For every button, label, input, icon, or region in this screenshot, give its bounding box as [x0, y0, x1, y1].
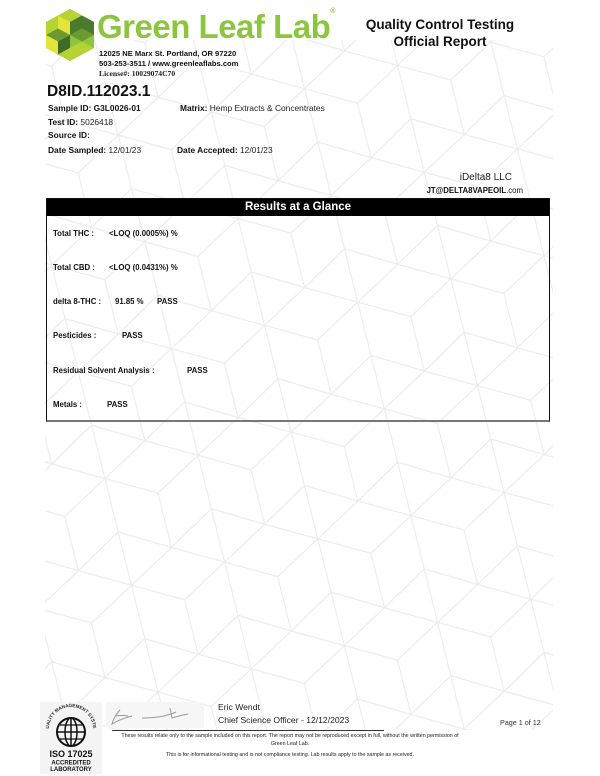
status-badge: PASS [157, 297, 178, 306]
result-row-total-thc: Total THC : <LOQ (0.0005%) % [53, 229, 94, 238]
signer: Eric Wendt Chief Science Officer - 12/12… [218, 701, 349, 727]
result-row-metals: Metals : PASS [53, 400, 82, 409]
results-heading: Results at a Glance [47, 199, 549, 216]
result-row-total-cbd: Total CBD : <LOQ (0.0431%) % [53, 263, 95, 272]
status-badge: PASS [187, 366, 208, 375]
test-id: Test ID: 5026418 [48, 117, 113, 127]
signer-title: Chief Science Officer - 12/12/2023 [218, 714, 349, 727]
iso-17025-accredited-badge-icon: QUALITY MANAGEMENT SYSTEM ISO 17025 ACCR… [40, 702, 102, 774]
signature-scribble-icon [106, 702, 204, 728]
compliance-notice: This is for informational testing and is… [120, 752, 460, 758]
report-title: Quality Control Testing Official Report [340, 16, 540, 50]
brand-name: Green Leaf Lab® [97, 8, 335, 46]
signature-line [112, 730, 384, 731]
result-row-delta8-thc: delta 8-THC : 91.85 % PASS [53, 297, 101, 306]
svg-text:ACCREDITED: ACCREDITED [51, 761, 91, 767]
status-badge: PASS [107, 400, 128, 409]
result-row-residual-solvents: Residual Solvent Analysis : PASS [53, 366, 155, 375]
client-name: iDelta8 LLC [400, 172, 512, 183]
results-at-a-glance: Results at a Glance Total THC : <LOQ (0.… [46, 198, 550, 422]
svg-text:LABORATORY: LABORATORY [50, 767, 92, 773]
document-id: D8ID.112023.1 [47, 83, 150, 101]
result-row-pesticides: Pesticides : PASS [53, 331, 96, 340]
date-accepted: Date Accepted: 12/01/23 [177, 145, 273, 155]
date-sampled: Date Sampled: 12/01/23 [48, 145, 141, 155]
lab-license: License#: 10029074C70 [99, 69, 175, 78]
signature [106, 702, 204, 728]
signer-name: Eric Wendt [218, 701, 349, 714]
lab-address: 12025 NE Marx St. Portland, OR 97220 [99, 49, 236, 58]
page-number: Page 1 of 12 [500, 718, 541, 727]
svg-text:ISO 17025: ISO 17025 [49, 749, 92, 759]
source-id: Source ID: [48, 130, 90, 140]
matrix: Matrix: Hemp Extracts & Concentrates [180, 103, 325, 113]
disclaimer: These results relate only to the sample … [120, 733, 460, 748]
lab-contact: 503-253-3511 / www.greenleaflabs.com [99, 59, 238, 68]
sample-id: Sample ID: G3L0026-01 [48, 103, 141, 113]
status-badge: PASS [122, 331, 143, 340]
client-email: JT@DELTA8VAPEOIL.com [400, 186, 523, 195]
green-leaf-lab-logo-icon [46, 9, 94, 61]
